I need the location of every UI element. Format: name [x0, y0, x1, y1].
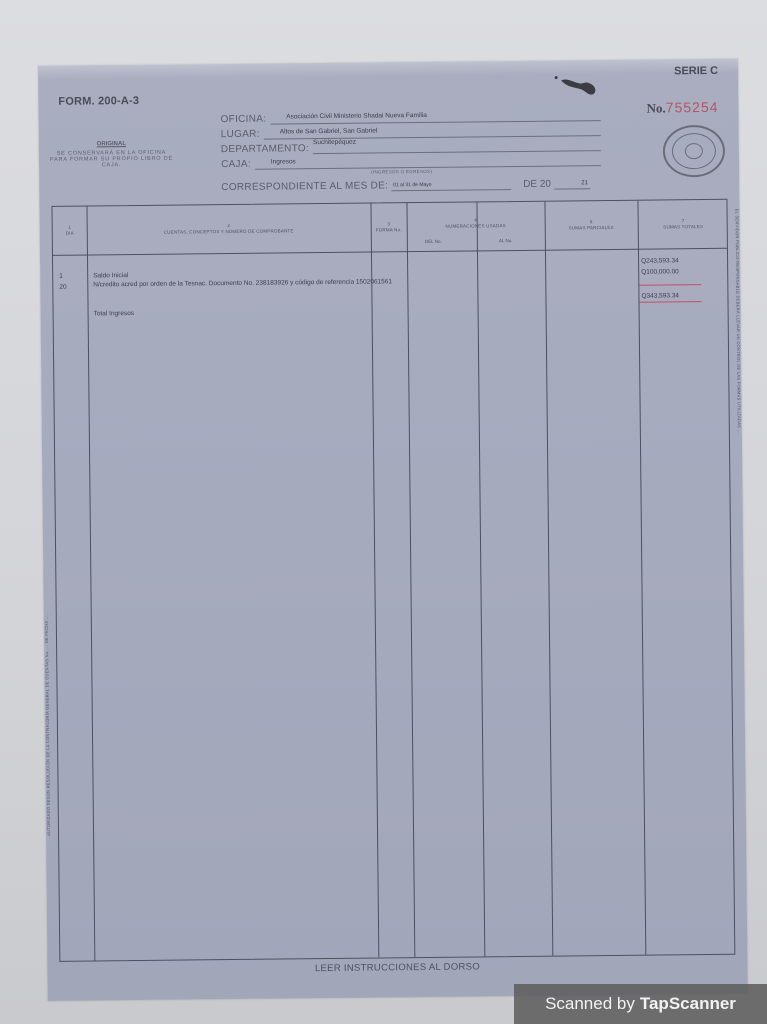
official-seal-icon [663, 125, 726, 178]
row-3-total: Q343,593.34 [641, 292, 679, 299]
row-1-total: Q243,593.34 [641, 257, 679, 264]
form-document: FORM. 200-A-3 ORIGINAL SE CONSERVARÁ EN … [38, 59, 748, 1001]
header-cuentas: 2 CUENTAS, CONCEPTOS Y NÚMERO DE COMPROB… [86, 204, 370, 255]
serie-label: SERIE C [674, 65, 718, 77]
month-label: CORRESPONDIENTE AL MES DE: [221, 180, 388, 193]
caja-value: Ingresos [271, 158, 296, 165]
lugar-label: LUGAR: [221, 129, 260, 140]
row-2-dia: 20 [59, 284, 66, 291]
header-fields: OFICINA: Asociación Civil Ministerio Sha… [220, 106, 601, 170]
caja-hint: (INGRESOS O EGRESOS) [371, 169, 432, 175]
original-notice: ORIGINAL SE CONSERVARÁ EN LA OFICINA PAR… [49, 141, 174, 169]
header-dia: 1 DIA [52, 207, 87, 255]
ledger-table: 1 DIA 2 CUENTAS, CONCEPTOS Y NÚMERO DE C… [51, 199, 735, 962]
oficina-label: OFICINA: [221, 114, 267, 125]
original-title: ORIGINAL [49, 141, 174, 148]
row-1-concepto: Saldo Inicial [93, 272, 128, 279]
month-value: 01 al 31 de Mayo [393, 182, 431, 188]
watermark-brand: TapScanner [640, 994, 736, 1014]
number-label: No. [647, 100, 666, 115]
header-parciales: 6 SUMAS PARCIALES [544, 201, 637, 250]
number-value: 755254 [666, 99, 719, 116]
row-3-concepto: Total Ingresos [94, 310, 135, 317]
header-forma: 3 FORMA No. [370, 203, 407, 251]
year-value: 21 [581, 180, 588, 186]
year-label: DE 20 [523, 179, 551, 190]
header-numeraciones: 4 NUMERACIONES USADAS [406, 206, 544, 241]
total-underline [640, 301, 702, 303]
scanner-watermark: Scanned by TapScanner [514, 984, 767, 1024]
ink-stain-icon [553, 74, 601, 97]
form-code: FORM. 200-A-3 [58, 95, 139, 108]
footer-note: LEER INSTRUCCIONES AL DORSO [47, 959, 747, 977]
form-number: No.755254 [647, 99, 719, 117]
header-al: AL No. [499, 238, 513, 243]
oficina-value: Asociación Civil Ministerio Shadai Nueva… [286, 112, 427, 120]
watermark-prefix: Scanned by [545, 994, 635, 1014]
lugar-value: Altos de San Gabriel, San Gabriel [280, 127, 378, 135]
departamento-value: Suchitepéquez [313, 139, 356, 146]
row-2-concepto: N/credito acred por orden de la Tesnac. … [93, 278, 392, 288]
original-text: SE CONSERVARÁ EN LA OFICINA PARA FORMAR … [49, 150, 174, 169]
row-1-dia: 1 [59, 273, 63, 280]
header-totales: 7 SUMAS TOTALES [637, 200, 728, 249]
caja-label: CAJA: [221, 159, 251, 170]
caja-field: CAJA: Ingresos [221, 151, 601, 170]
header-del: DEL No. [425, 239, 442, 244]
total-top-rule [639, 284, 701, 286]
row-2-total: Q100,000.00 [641, 268, 679, 275]
month-field: CORRESPONDIENTE AL MES DE: 01 al 31 de M… [221, 178, 591, 193]
